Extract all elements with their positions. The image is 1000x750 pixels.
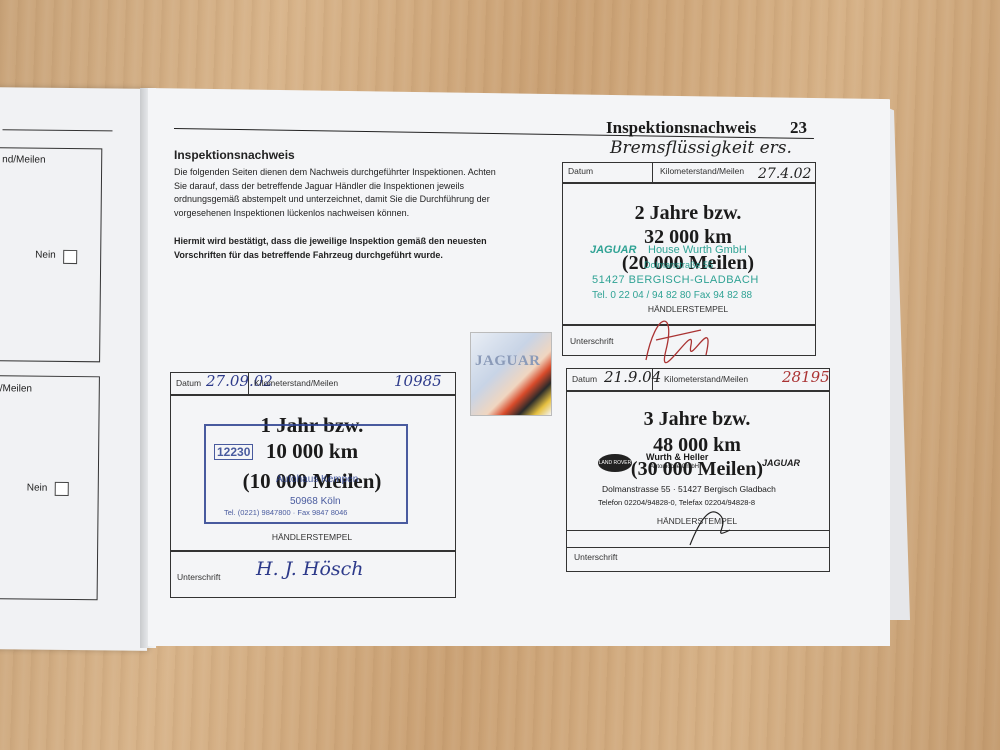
hologram-label: JAGUAR [475, 353, 541, 370]
stamp-3-address: Dolmanstrasse 55 · 51427 Bergisch Gladba… [602, 484, 776, 494]
left-nein-label: Nein [35, 250, 56, 261]
stamp-1-city: 50968 Köln [290, 496, 341, 507]
left-nein-checkbox-2[interactable] [55, 482, 69, 496]
left-nein-checkbox[interactable] [63, 250, 77, 264]
left-km-label: nd/Meilen [2, 154, 45, 165]
intro-confirmation: Hiermit wird bestätigt, dass die jeweili… [174, 235, 504, 262]
stamp-3-brand: JAGUAR [762, 458, 800, 468]
page-header-title: Inspektionsnachweis [606, 118, 756, 138]
left-km-label-2: /Meilen [0, 383, 32, 394]
inspection-2-dealer-stamp: JAGUAR House Wurth GmbH Dolmanstraße 55 … [586, 244, 796, 308]
left-page: nd/Meilen Nein /Meilen Nein [0, 87, 153, 651]
inspection-3-km-label: Kilometerstand/Meilen [664, 374, 748, 384]
inspection-3-datum-value: 21.9.04 [604, 368, 661, 386]
stamp-2-street: Dolmanstraße 55 [644, 260, 713, 270]
stamp-3-sub: Automobile GmbH [650, 464, 699, 470]
inspection-3-signature-scribble [680, 500, 740, 550]
page-number: 23 [790, 118, 807, 138]
inspection-3-signature-label: Unterschrift [574, 552, 617, 562]
inspection-2-handwritten-note: Bremsflüssigkeit ers. [610, 138, 792, 158]
inspection-3-interval-line1: 3 Jahre bzw. [566, 408, 828, 430]
inspection-2-datum-value: 27.4.02 [758, 166, 811, 182]
inspection-1-dealer-label: HÄNDLERSTEMPEL [170, 532, 454, 542]
inspection-2-signature-label: Unterschrift [570, 336, 613, 346]
intro-title: Inspektionsnachweis [174, 148, 295, 162]
stamp-2-city: 51427 BERGISCH-GLADBACH [592, 274, 759, 286]
left-nein-label-2: Nein [27, 483, 48, 494]
stamp-2-brand: JAGUAR [590, 244, 636, 256]
stamp-1-phone: Tel. (0221) 9847800 · Fax 9847 8046 [224, 508, 347, 517]
inspection-3-datum-label: Datum [572, 374, 597, 384]
inspection-2-signature-scribble [636, 300, 726, 370]
left-form-box-2 [0, 375, 100, 600]
stamp-1-code: 12230 [214, 444, 253, 460]
stamp-1-name: Autohaus Kempen [276, 474, 358, 485]
inspection-1-dealer-stamp: 12230 Autohaus Kempen 50968 Köln Tel. (0… [204, 424, 408, 524]
inspection-2-datum-label: Datum [568, 166, 593, 176]
stamp-2-name: House Wurth GmbH [648, 244, 747, 256]
inspection-1-signature-label: Unterschrift [177, 572, 220, 582]
stamp-3-badge: LAND ROVER [598, 454, 632, 472]
stamp-3-name: Wurth & Heller [646, 452, 708, 462]
inspection-1-signature: H. J. Hösch [256, 558, 364, 580]
inspection-2-interval-line1: 2 Jahre bzw. [562, 202, 814, 224]
inspection-1-datum-label: Datum [176, 378, 201, 388]
intro-text: Die folgenden Seiten dienen dem Nachweis… [174, 166, 504, 220]
inspection-1-km-value: 10985 [394, 372, 442, 390]
jaguar-hologram-sticker: JAGUAR [470, 332, 552, 416]
inspection-3-km-value: 28195 [782, 368, 830, 386]
inspection-2-km-label: Kilometerstand/Meilen [660, 166, 744, 176]
inspection-1-km-label: Kilometerstand/Meilen [254, 378, 338, 388]
